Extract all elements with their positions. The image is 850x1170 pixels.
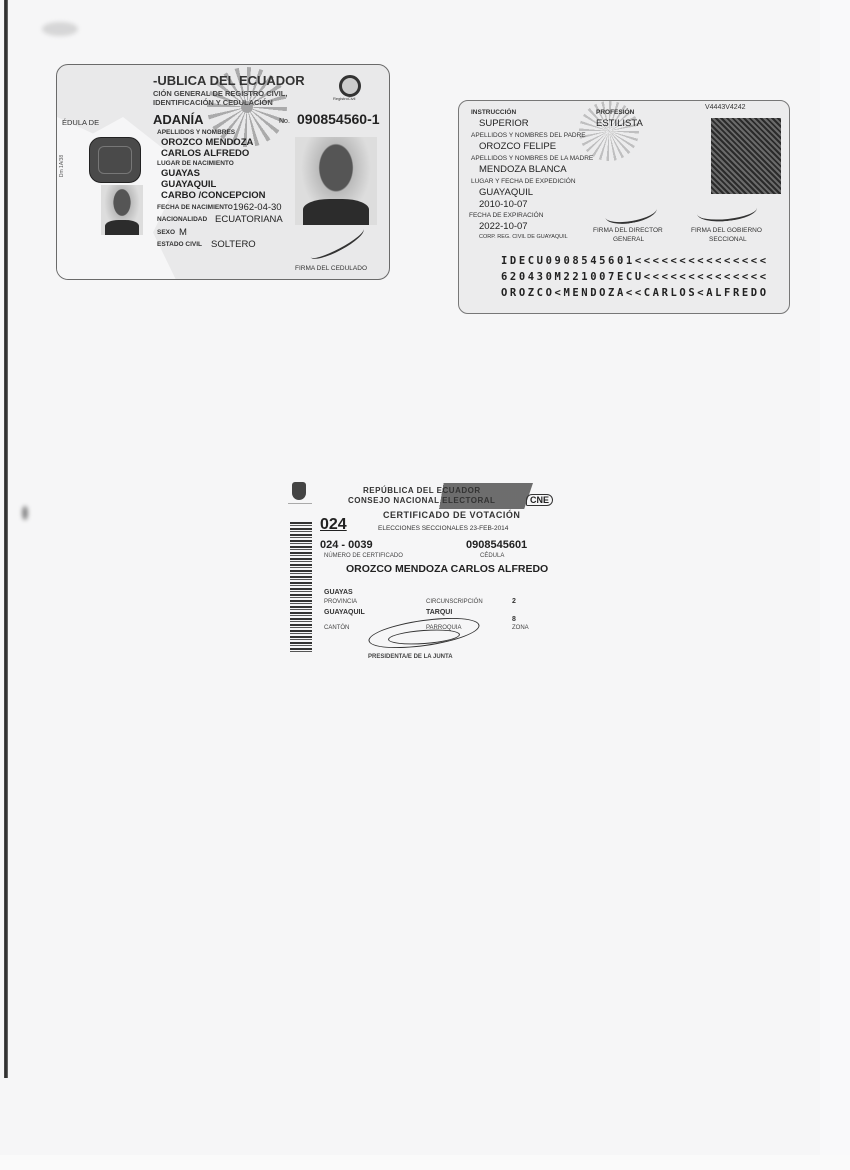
voter-name: OROZCO MENDOZA CARLOS ALFREDO — [346, 563, 548, 575]
mrz-line-2: 620430M221007ECU<<<<<<<<<<<<<< — [501, 271, 769, 283]
certificate-number-label: NÚMERO DE CERTIFICADO — [324, 553, 403, 559]
circumscription-label: CIRCUNSCRIPCIÓN — [426, 599, 483, 605]
mrz-line-1: IDECU0908545601<<<<<<<<<<<<<<< — [501, 255, 769, 267]
canton: GUAYAQUIL — [324, 609, 365, 616]
card-subtitle: IDENTIFICACIÓN Y CEDULACIÓN — [153, 98, 273, 107]
election-name: ELECCIONES SECCIONALES 23-FEB-2014 — [378, 525, 508, 532]
profession-label: PROFESIÓN — [596, 109, 634, 116]
sex: M — [179, 227, 187, 238]
marital-status: SOLTERO — [211, 239, 256, 250]
id-card-back: V4443V4242 INSTRUCCIÓN SUPERIOR PROFESIÓ… — [458, 100, 790, 314]
expiry-date: 2022-10-07 — [479, 221, 528, 232]
scan-edge-shadow — [4, 0, 8, 1078]
birth-parish: CARBO /CONCEPCION — [161, 190, 266, 201]
number-label: No. — [279, 118, 290, 125]
circumscription: 2 — [512, 598, 516, 605]
government-signature-label: FIRMA DEL GOBIERNO — [691, 227, 762, 234]
scan-smudge — [42, 22, 78, 36]
issue-label: LUGAR Y FECHA DE EXPEDICIÓN — [471, 178, 576, 185]
chip-icon — [89, 137, 141, 183]
holder-signature-label: FIRMA DEL CEDULADO — [295, 265, 367, 272]
coat-caption-line — [288, 503, 312, 504]
father-label: APELLIDOS Y NOMBRES DEL PADRE — [471, 132, 586, 139]
holder-photo-small — [101, 185, 143, 235]
corp-label: CORP. REG. CIVIL DE GUAYAQUIL — [479, 234, 568, 240]
card-subtitle: CIÓN GENERAL DE REGISTRO CIVIL, — [153, 89, 287, 98]
cedula-number: 0908545601 — [466, 539, 527, 551]
scan-margin-bottom — [0, 1155, 850, 1170]
birth-province: GUAYAS — [161, 168, 200, 179]
cedula-label: CÉDULA — [480, 553, 504, 559]
president-label: PRESIDENTA/E DE LA JUNTA — [368, 654, 453, 660]
government-signature — [696, 198, 758, 224]
scan-smudge — [22, 506, 28, 520]
vertical-code: Dm 1A/38 — [59, 155, 65, 177]
nationality-label: NACIONALIDAD — [157, 216, 207, 223]
scan-margin-right — [820, 0, 850, 1170]
coat-of-arms-icon — [292, 482, 306, 500]
sex-label: SEXO — [157, 229, 175, 236]
holder-photo — [295, 137, 377, 225]
instruction-label: INSTRUCCIÓN — [471, 109, 516, 116]
mother-name: MENDOZA BLANCA — [479, 164, 567, 175]
junta-number: 024 — [320, 516, 347, 534]
birthplace-label: LUGAR DE NACIMIENTO — [157, 160, 234, 167]
id-card-front: Dm 1A/38 -UBLICA DEL ECUADOR CIÓN GENERA… — [56, 64, 390, 280]
canton-label: CANTÓN — [324, 625, 349, 631]
fingerprint-image — [711, 118, 781, 194]
mother-label: APELLIDOS Y NOMBRES DE LA MADRE — [471, 155, 593, 162]
zone: 8 — [512, 616, 516, 623]
issue-date: 2010-10-07 — [479, 199, 528, 210]
card-code: V4443V4242 — [705, 104, 745, 111]
birth-canton: GUAYAQUIL — [161, 179, 216, 190]
certificate-number: 024 - 0039 — [320, 539, 373, 551]
cne-logo-icon: CNE — [526, 494, 553, 506]
instruction: SUPERIOR — [479, 118, 529, 129]
certificate-title: CERTIFICADO DE VOTACIÓN — [383, 510, 520, 520]
barcode — [290, 522, 312, 654]
surnames: OROZCO MENDOZA — [161, 137, 253, 148]
cedula-de-label: ÉDULA DE — [62, 118, 99, 127]
director-signature-label: FIRMA DEL DIRECTOR — [593, 227, 663, 234]
province-label: PROVINCIA — [324, 599, 357, 605]
province: GUAYAS — [324, 589, 353, 596]
zone-label: ZONA — [512, 625, 529, 631]
marital-status-label: ESTADO CIVIL — [157, 241, 202, 248]
registro-civil-logo-icon — [339, 75, 361, 97]
logo-label: RegistroCivil — [333, 96, 355, 101]
director-signature-label: GENERAL — [613, 236, 644, 243]
given-names: CARLOS ALFREDO — [161, 148, 249, 159]
issue-place: GUAYAQUIL — [479, 187, 533, 198]
birthdate-label: FECHA DE NACIMIENTO — [157, 204, 233, 211]
card-title: -UBLICA DEL ECUADOR — [153, 73, 305, 88]
mrz-line-3: OROZCO<MENDOZA<<CARLOS<ALFREDO — [501, 287, 769, 299]
scanned-page: Dm 1A/38 -UBLICA DEL ECUADOR CIÓN GENERA… — [0, 0, 820, 1155]
holder-signature — [307, 222, 367, 264]
id-number: 090854560-1 — [297, 111, 380, 127]
council-heading: CONSEJO NACIONAL ELECTORAL — [348, 496, 495, 505]
birthdate: 1962-04-30 — [233, 202, 282, 213]
voting-certificate: REPÚBLICA DEL ECUADOR CONSEJO NACIONAL E… — [288, 478, 568, 693]
expiry-label: FECHA DE EXPIRACIÓN — [469, 212, 543, 219]
profession: ESTILISTA — [596, 118, 643, 129]
director-signature — [604, 199, 659, 228]
father-name: OROZCO FELIPE — [479, 141, 556, 152]
parish: TARQUI — [426, 609, 452, 616]
government-signature-label: SECCIONAL — [709, 236, 747, 243]
names-label: APELLIDOS Y NOMBRES — [157, 129, 235, 136]
nationality: ECUATORIANA — [215, 214, 283, 225]
republic-heading: REPÚBLICA DEL ECUADOR — [363, 486, 481, 495]
ciudadania-label: ADANÍA — [153, 112, 204, 127]
